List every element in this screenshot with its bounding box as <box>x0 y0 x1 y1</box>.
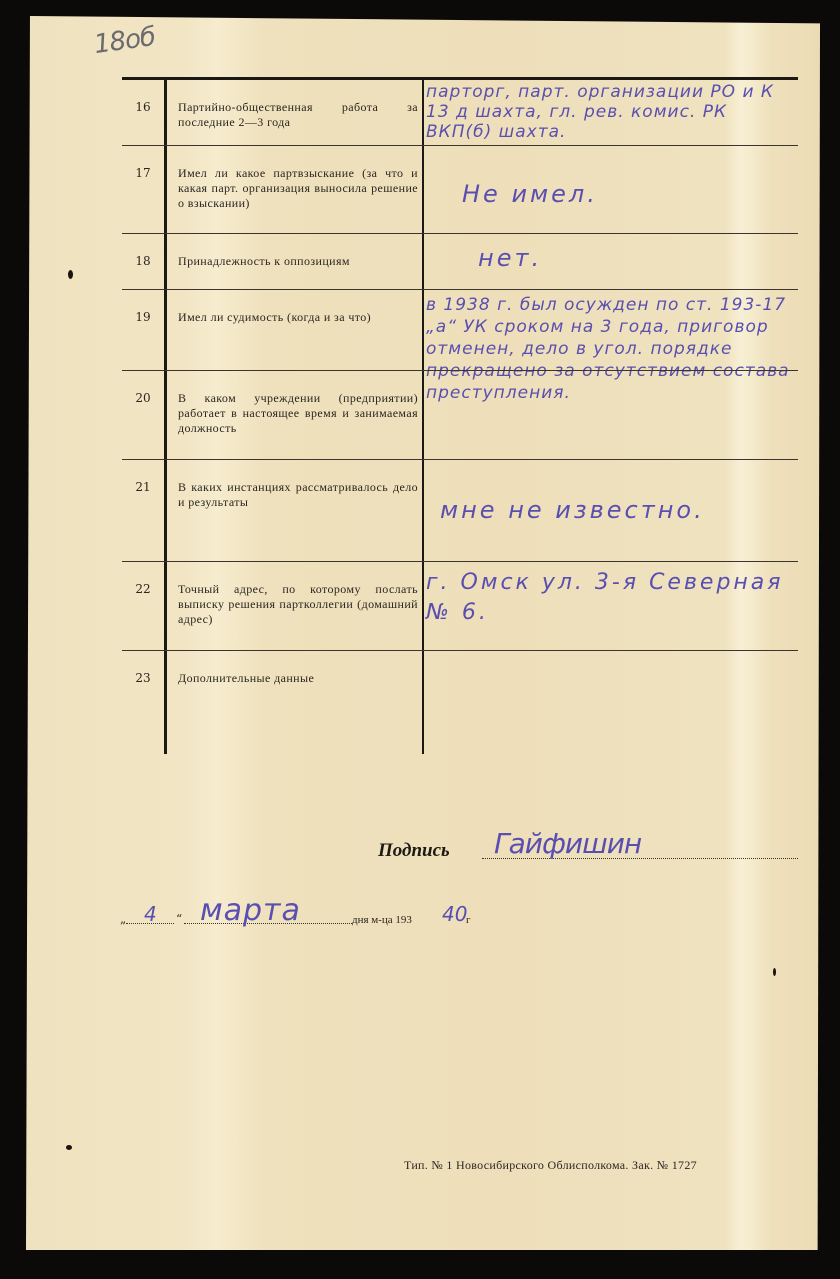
row-label: Принадлежность к оппозициям <box>178 254 418 269</box>
row-answer: Не имел. <box>462 184 834 204</box>
row-label: Партийно-общественная работа за последни… <box>178 100 418 130</box>
signature-handwriting: Гайфишин <box>494 827 641 860</box>
table-row: 16 Партийно-общественная работа за после… <box>122 80 798 146</box>
row-label: Имел ли какое партвзыскание (за что и ка… <box>178 166 418 211</box>
date-year-suffix: г <box>466 914 471 926</box>
date-year: 40 <box>442 902 467 926</box>
row-number: 16 <box>122 100 164 114</box>
table-row: 18 Принадлежность к оппозициям нет. <box>122 234 798 290</box>
table-row: 17 Имел ли какое партвзыскание (за что и… <box>122 146 798 234</box>
date-month: марта <box>200 893 301 928</box>
row-answer: мне не известно. <box>440 500 812 520</box>
row-number: 18 <box>122 254 164 268</box>
row-number: 20 <box>122 391 164 405</box>
signature-field: Подпись Гайфишин <box>378 838 798 862</box>
row-answer: г. Омск ул. 3-я Северная № 6. <box>426 568 786 628</box>
table-row: 23 Дополнительные данные <box>122 651 798 754</box>
date-field: „ 4 “ марта дня м-ца 193 40 г <box>120 900 480 930</box>
date-printed-text: дня м-ца 193 <box>352 914 412 926</box>
date-close-quote: “ <box>176 912 182 926</box>
row-number: 21 <box>122 480 164 494</box>
table-row: 21 В каких инстанциях рассматривалось де… <box>122 460 798 562</box>
ink-speck <box>66 1145 72 1150</box>
row-number: 19 <box>122 310 164 324</box>
date-day: 4 <box>144 902 157 926</box>
row-answer: парторг, парт. организации РО и К 13 д ш… <box>426 82 798 142</box>
row-answer: нет. <box>478 248 840 268</box>
row-label: Дополнительные данные <box>178 671 418 686</box>
printer-imprint: Тип. № 1 Новосибирского Облисполкома. За… <box>404 1158 697 1173</box>
row-label: В каких инстанциях рассматривалось дело … <box>178 480 418 510</box>
row-number: 22 <box>122 582 164 596</box>
table-row: 19 Имел ли судимость (когда и за что) в … <box>122 290 798 371</box>
row-label: В каком учреждении (предприятии) работае… <box>178 391 418 436</box>
table-row: 20 В каком учреждении (предприятии) рабо… <box>122 371 798 460</box>
ink-speck <box>773 968 776 976</box>
table-row: 22 Точный адрес, по которому послать вып… <box>122 562 798 651</box>
row-number: 23 <box>122 671 164 685</box>
signature-label: Подпись <box>378 840 450 862</box>
row-label: Точный адрес, по которому послать выписк… <box>178 582 418 627</box>
row-label: Имел ли судимость (когда и за что) <box>178 310 418 325</box>
row-number: 17 <box>122 166 164 180</box>
ink-speck <box>68 270 73 279</box>
